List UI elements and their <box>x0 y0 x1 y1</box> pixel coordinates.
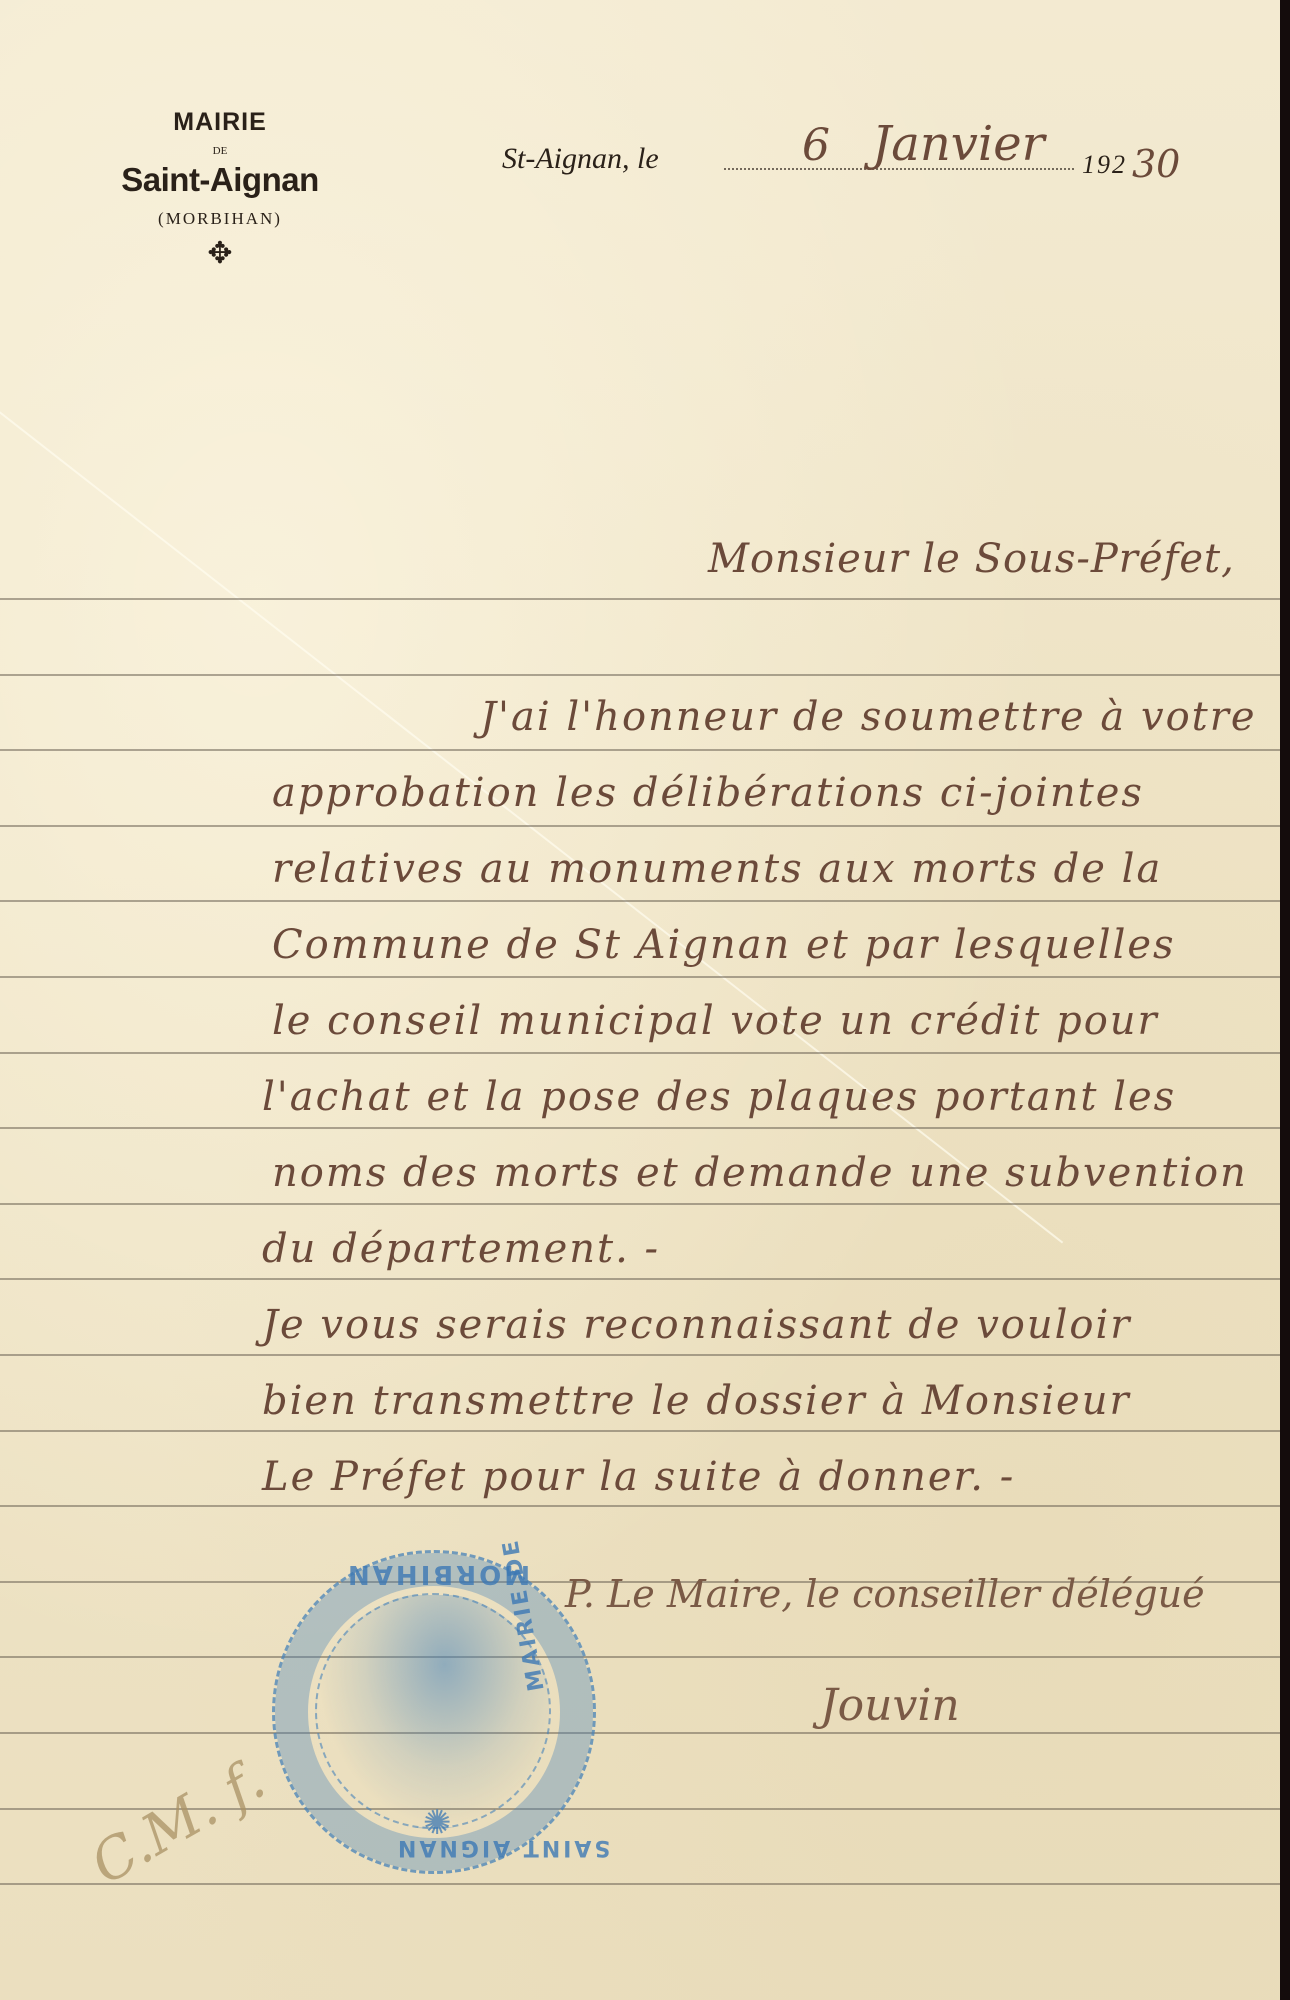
body-line: approbation les délibérations ci-jointes <box>272 770 1144 816</box>
ruled-line <box>0 674 1280 676</box>
ruled-line <box>0 749 1280 751</box>
signature-line: P. Le Maire, le conseiller délégué <box>565 1572 1205 1616</box>
ruled-line <box>0 1127 1280 1129</box>
letterhead-mairie: MAIRIE <box>100 108 340 137</box>
ruled-line <box>0 825 1280 827</box>
signer-name: Jouvin <box>820 1680 960 1731</box>
body-line: l'achat et la pose des plaques portant l… <box>262 1074 1176 1120</box>
body-line: J'ai l'honneur de soumettre à votre <box>480 694 1257 740</box>
body-line: le conseil municipal vote un crédit pour <box>272 998 1159 1044</box>
body-line: bien transmettre le dossier à Monsieur <box>262 1378 1131 1424</box>
body-line: Commune de St Aignan et par lesquelles <box>272 922 1176 968</box>
pencil-annotation: C.M. f. <box>80 1747 275 1897</box>
dateline-place: St-Aignan, le <box>502 142 659 176</box>
body-line: relatives au monuments aux morts de la <box>272 846 1162 892</box>
letterhead: MAIRIE DE Saint-Aignan (MORBIHAN) ✥ <box>100 108 340 269</box>
scan-edge-border <box>1280 0 1290 2000</box>
ruled-line <box>0 976 1280 978</box>
body-line: Je vous serais reconnaissant de vouloir <box>262 1302 1131 1348</box>
ruled-line <box>0 1354 1280 1356</box>
dateline-year-printed: 192 <box>1082 150 1127 180</box>
fleuron-cross-icon: ✥ <box>100 239 340 269</box>
dateline-year-handwritten: 30 <box>1132 142 1180 186</box>
ruled-line <box>0 1732 1280 1734</box>
ruled-line <box>0 1505 1280 1507</box>
salutation: Monsieur le Sous-Préfet, <box>708 536 1235 582</box>
ruled-line <box>0 900 1280 902</box>
ruled-line <box>0 1430 1280 1432</box>
ruled-line <box>0 1052 1280 1054</box>
letter-page: MAIRIE DE Saint-Aignan (MORBIHAN) ✥ St-A… <box>0 0 1280 2000</box>
letterhead-department: (MORBIHAN) <box>100 209 340 229</box>
ruled-line <box>0 1278 1280 1280</box>
body-line: noms des morts et demande une subvention <box>272 1150 1248 1196</box>
ruled-line <box>0 1883 1280 1885</box>
body-line: du département. - <box>262 1226 660 1272</box>
dateline-month: Janvier <box>872 116 1045 172</box>
dateline: St-Aignan, le 6 Janvier 192 30 <box>502 138 1182 188</box>
ruled-line <box>0 1203 1280 1205</box>
body-line: Le Préfet pour la suite à donner. - <box>262 1454 1015 1500</box>
dateline-day: 6 <box>802 120 830 171</box>
sun-emblem-icon: ✺ <box>423 1803 452 1843</box>
letterhead-de: DE <box>100 145 340 157</box>
letterhead-town: Saint-Aignan <box>100 161 340 199</box>
ruled-line <box>0 598 1280 600</box>
mairie-stamp: MORBIHAN MAIRIE DE SAINT AIGNAN ✺ <box>272 1550 596 1874</box>
ruled-line <box>0 1656 1280 1658</box>
